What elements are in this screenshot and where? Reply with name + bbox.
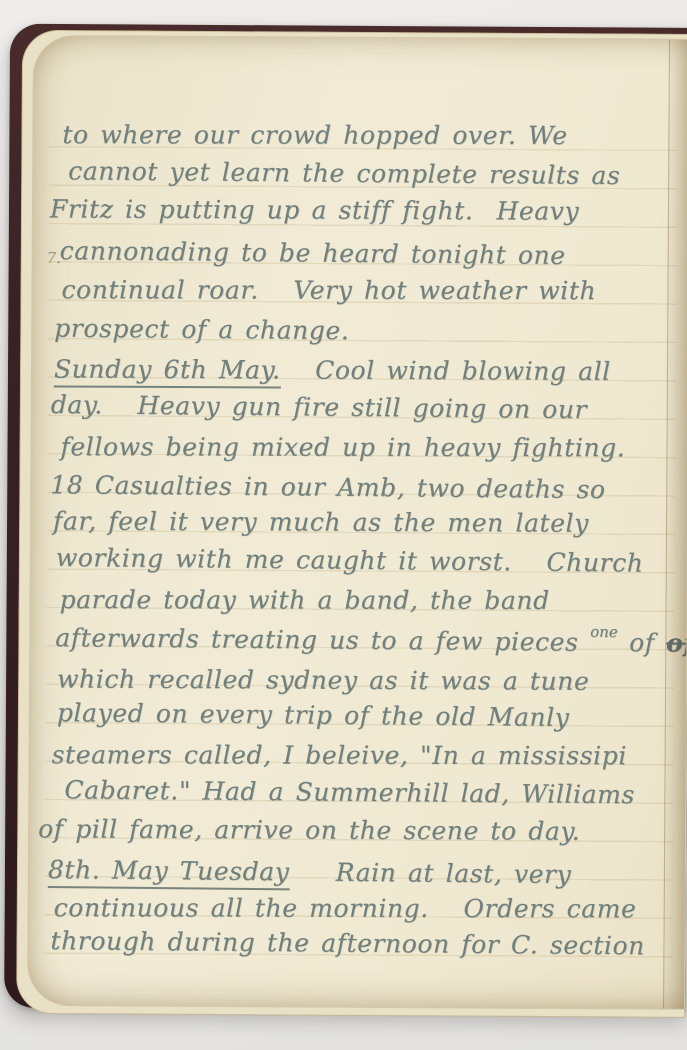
handwriting-line: far, feel it very much as the men lately bbox=[53, 506, 589, 538]
text-segment: prospect of a change. bbox=[54, 314, 349, 346]
handwriting-line: which recalled sydney as it was a tune bbox=[57, 664, 589, 696]
handwriting-line: Cabaret." Had a Summerhill lad, Williams bbox=[64, 775, 635, 810]
notebook-scan: 7. to where our crowd hopped over. Wecan… bbox=[0, 0, 687, 1050]
text-segment: which recalled sydney as it was a tune bbox=[57, 664, 589, 695]
handwriting-line: cannot yet learn the complete results as bbox=[68, 156, 620, 191]
text-segment: Cool wind blowing all bbox=[280, 355, 610, 385]
diary-date-line: 8th. May Tuesday Rain at last, very bbox=[48, 855, 572, 890]
text-segment: Fritz is putting up a stiff fight. Heavy bbox=[50, 194, 579, 225]
handwriting-line: of pill fame, arrive on the scene to day… bbox=[38, 814, 580, 846]
notebook-page: 7. to where our crowd hopped over. Wecan… bbox=[27, 35, 687, 1010]
text-segment: one bbox=[590, 623, 618, 641]
handwriting-line: to where our crowd hopped over. We bbox=[62, 120, 567, 151]
diary-date-line: Sunday 6th May. Cool wind blowing all bbox=[54, 354, 611, 386]
text-segment: fellows being mixed up in heavy fighting… bbox=[60, 432, 625, 462]
text-segment: parade today with a band, the band bbox=[60, 585, 550, 615]
handwriting-line: continuous all the morning. Orders came bbox=[54, 893, 637, 924]
text-segment: 18 Casualties in our Amb, two deaths so bbox=[50, 470, 606, 504]
handwriting-line: cannonading to be heard tonight one bbox=[60, 236, 566, 271]
text-segment: played on every trip of the old Manly bbox=[57, 698, 570, 732]
handwriting-line: afterwards treating us to a few pieces o… bbox=[55, 623, 687, 662]
text-segment: of bbox=[618, 628, 667, 657]
text-segment: of bbox=[666, 628, 687, 657]
text-segment: continual roar. Very hot weather with bbox=[61, 275, 596, 305]
handwriting-line: continual roar. Very hot weather with bbox=[61, 275, 596, 306]
text-segment: far, feel it very much as the men lately bbox=[53, 506, 589, 537]
text-segment: day. Heavy gun fire still going on our bbox=[51, 390, 588, 424]
handwriting-line: through during the afternoon for C. sect… bbox=[50, 926, 645, 961]
handwriting-line: prospect of a change. bbox=[54, 314, 349, 347]
handwriting-line: 18 Casualties in our Amb, two deaths so bbox=[50, 470, 606, 505]
handwriting-line: steamers called, I beleive, "In a missis… bbox=[52, 740, 627, 771]
text-segment: afterwards treating us to a few pieces bbox=[55, 623, 590, 657]
text-segment: to where our crowd hopped over. We bbox=[62, 120, 567, 150]
text-segment: of pill fame, arrive on the scene to day… bbox=[38, 814, 580, 845]
text-segment: working with me caught it worst. Church bbox=[56, 543, 644, 578]
handwriting-line: day. Heavy gun fire still going on our bbox=[51, 390, 588, 425]
handwriting-line: fellows being mixed up in heavy fighting… bbox=[60, 432, 625, 463]
handwriting-line: working with me caught it worst. Church bbox=[56, 543, 644, 579]
handwriting-line: Fritz is putting up a stiff fight. Heavy bbox=[50, 194, 579, 226]
handwriting-line: parade today with a band, the band bbox=[60, 585, 550, 616]
text-segment: cannonading to be heard tonight one bbox=[60, 236, 566, 270]
date-heading: Sunday 6th May. bbox=[54, 354, 281, 388]
handwriting-line: played on every trip of the old Manly bbox=[57, 698, 570, 733]
text-segment: cannot yet learn the complete results as bbox=[68, 156, 620, 190]
handwriting-layer: 7. to where our crowd hopped over. Wecan… bbox=[28, 36, 687, 1009]
text-segment: Rain at last, very bbox=[289, 857, 571, 889]
text-segment: continuous all the morning. Orders came bbox=[54, 893, 637, 923]
text-segment: steamers called, I beleive, "In a missis… bbox=[52, 740, 627, 770]
date-heading: 8th. May Tuesday bbox=[48, 855, 290, 890]
text-segment: through during the afternoon for C. sect… bbox=[50, 926, 645, 960]
text-segment: Cabaret." Had a Summerhill lad, Williams bbox=[64, 775, 635, 809]
